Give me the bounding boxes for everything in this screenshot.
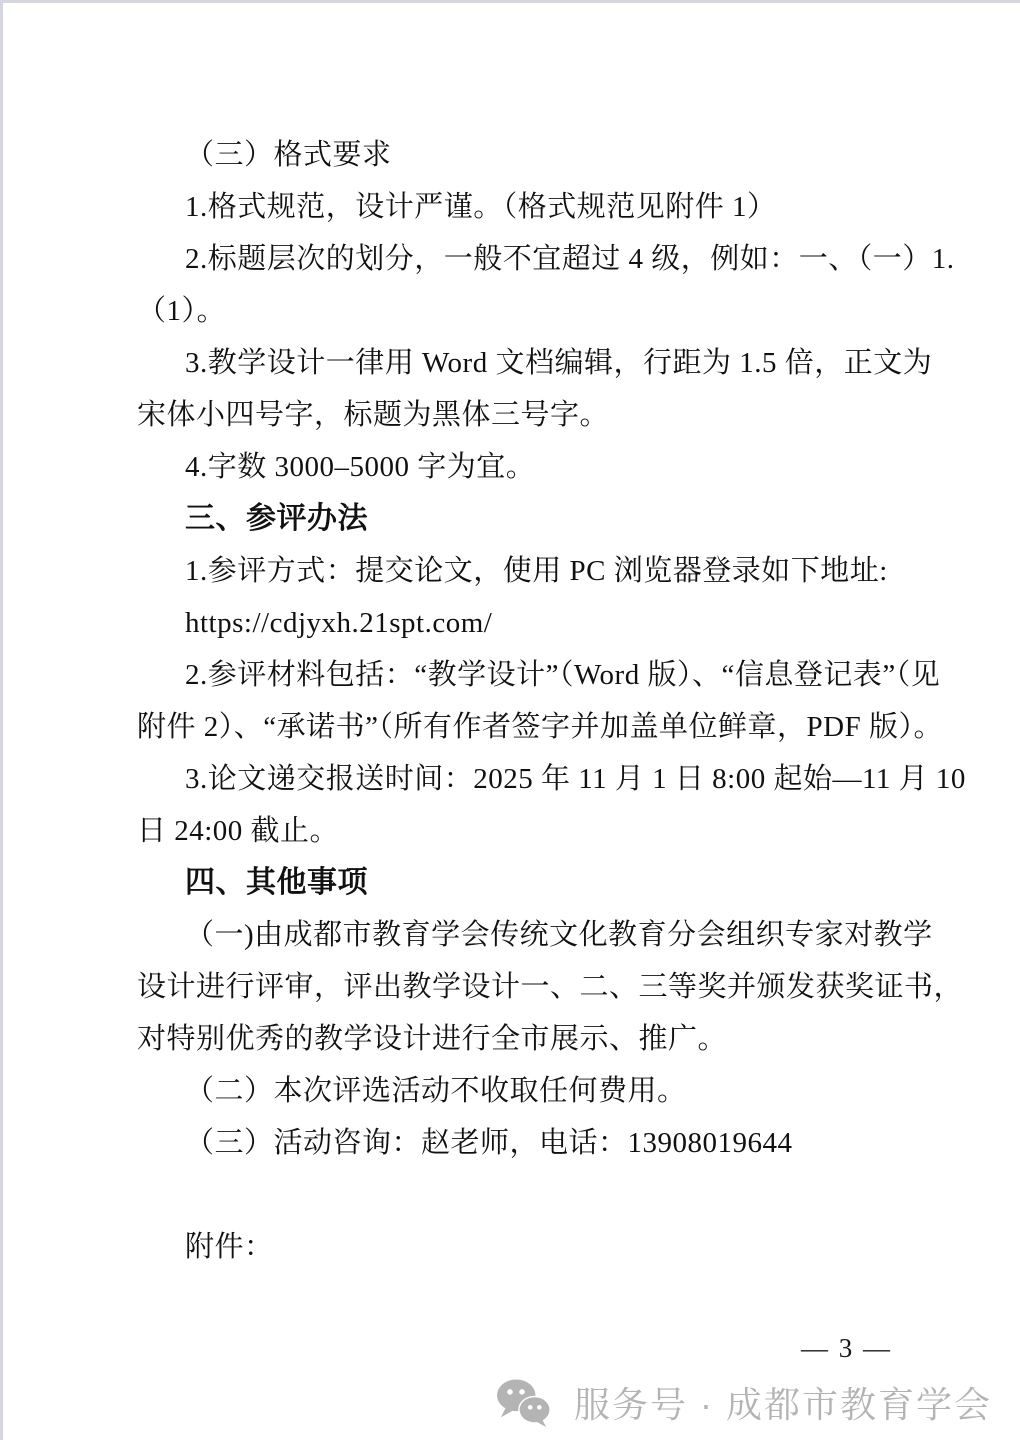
doc-line: （二）本次评选活动不收取任何费用。 — [137, 1065, 897, 1117]
doc-line: 3.论文递交报送时间：2025 年 11 月 1 日 8:00 起始—11 月 … — [137, 753, 897, 805]
doc-line: 3.教学设计一律用 Word 文档编辑，行距为 1.5 倍，正文为 — [137, 337, 897, 389]
doc-line: 设计进行评审，评出教学设计一、二、三等奖并颁发获奖证书， — [137, 961, 897, 1013]
doc-heading-participation: 三、参评办法 — [137, 493, 897, 545]
doc-line: 对特别优秀的教学设计进行全市展示、推广。 — [137, 1013, 897, 1065]
blank-line — [137, 1169, 897, 1221]
attachment-label: 附件： — [137, 1221, 897, 1273]
doc-line: 2.参评材料包括：“教学设计”（Word 版）、“信息登记表”（见 — [137, 649, 897, 701]
doc-line: 1.格式规范，设计严谨。（格式规范见附件 1） — [137, 181, 897, 233]
page-edge-top — [0, 0, 1020, 3]
doc-line: 4.字数 3000–5000 字为宜。 — [137, 441, 897, 493]
page-edge-left — [0, 0, 3, 1440]
doc-line-section-format: （三）格式要求 — [137, 129, 897, 181]
doc-line: （1）。 — [137, 285, 897, 337]
doc-line: 附件 2）、“承诺书”（所有作者签字并加盖单位鲜章，PDF 版）。 — [137, 701, 897, 753]
doc-heading-other: 四、其他事项 — [137, 857, 897, 909]
document-body: （三）格式要求 1.格式规范，设计严谨。（格式规范见附件 1） 2.标题层次的划… — [137, 129, 897, 1273]
wechat-icon — [496, 1378, 550, 1428]
doc-line: 宋体小四号字，标题为黑体三号字。 — [137, 389, 897, 441]
wechat-watermark-footer: 服务号 · 成都市教育学会 — [496, 1377, 992, 1428]
wechat-account-label: 服务号 · 成都市教育学会 — [574, 1377, 992, 1428]
document-page: （三）格式要求 1.格式规范，设计严谨。（格式规范见附件 1） 2.标题层次的划… — [0, 0, 1020, 1440]
doc-line: 1.参评方式：提交论文，使用 PC 浏览器登录如下地址: — [137, 545, 897, 597]
doc-line-url: https://cdjyxh.21spt.com/ — [137, 597, 897, 649]
page-number: — 3 — — [801, 1333, 892, 1364]
doc-line-contact: （三）活动咨询：赵老师，电话：13908019644 — [137, 1117, 897, 1169]
doc-line: （一)由成都市教育学会传统文化教育分会组织专家对教学 — [137, 909, 897, 961]
doc-line: 2.标题层次的划分，一般不宜超过 4 级，例如：一、（一）1. — [137, 233, 897, 285]
doc-line: 日 24:00 截止。 — [137, 805, 897, 857]
